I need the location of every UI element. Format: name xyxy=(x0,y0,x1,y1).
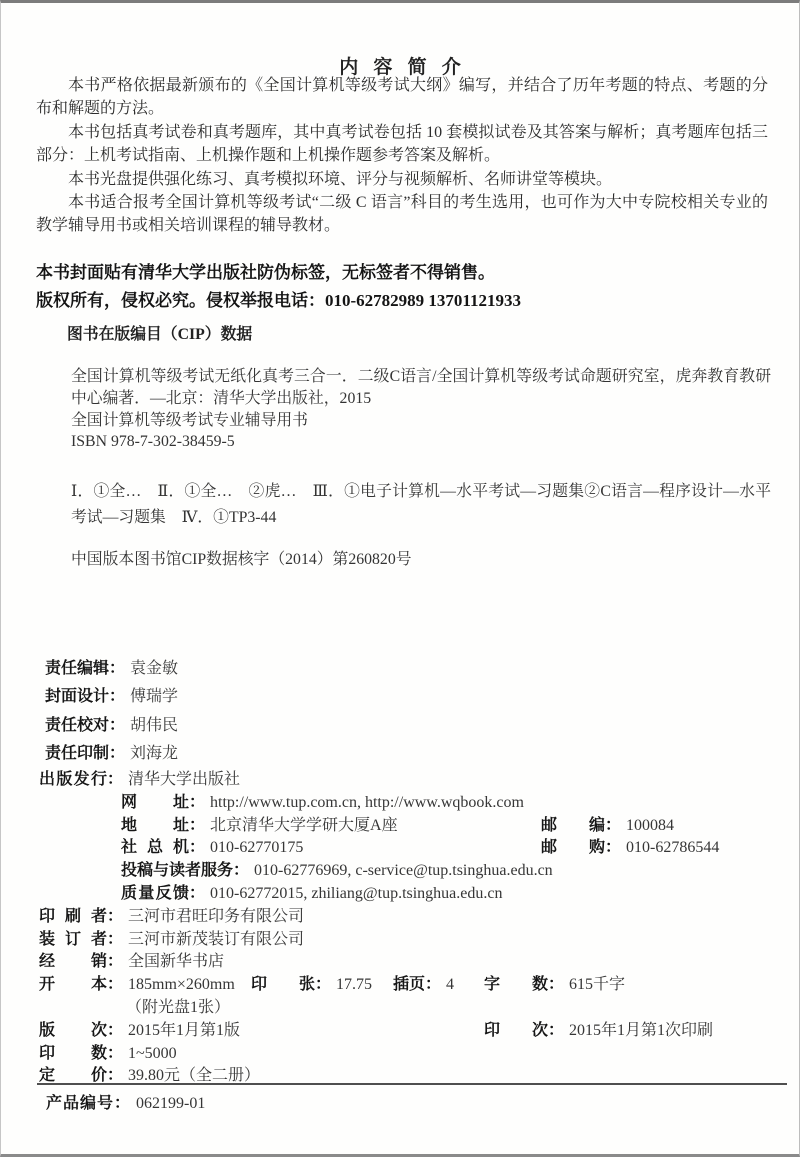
distributor-value: 全国新华书店 xyxy=(128,953,224,970)
cip-classification: Ⅰ．①全… Ⅱ．①全… ②虎… Ⅲ．①电子计算机—水平考试—习题集②C语言—程序… xyxy=(71,479,771,531)
credit-label: 责任校对： xyxy=(45,717,125,734)
quality-feedback-label: 质量反馈 xyxy=(121,883,189,906)
cip-isbn: ISBN 978-7-302-38459-5 xyxy=(71,431,771,453)
format-label: 开本 xyxy=(39,974,107,997)
distributor-label: 经销 xyxy=(39,951,107,974)
cip-heading: 图书在版编目（CIP）数据 xyxy=(67,321,252,344)
printer-value: 三河市君旺印务有限公司 xyxy=(128,908,304,925)
price-value: 39.80元（全二册） xyxy=(128,1067,260,1084)
publisher-row: 出版发行：清华大学出版社 xyxy=(39,769,784,792)
website-row: 网址：http://www.tup.com.cn, http://www.wqb… xyxy=(39,792,784,815)
staff-credits: 责任编辑：袁金敏 封面设计：傅瑞学 责任校对：胡伟民 责任印制：刘海龙 xyxy=(45,655,178,769)
switchboard-value: 010-62770175 xyxy=(210,839,303,856)
content-summary-section: 本书严格依据最新颁布的《全国计算机等级考试大纲》编写，并结合了历年考题的特点、考… xyxy=(36,74,768,238)
impression-cell: 印次：2015年1月第1次印刷 xyxy=(484,1020,713,1043)
reader-service-row: 投稿与读者服务：010-62776969, c-service@tup.tsin… xyxy=(39,860,784,883)
credit-row: 责任印制：刘海龙 xyxy=(45,740,178,768)
print-run-value: 1~5000 xyxy=(128,1045,177,1062)
credit-label: 责任编辑： xyxy=(45,660,125,677)
credit-value: 袁金敏 xyxy=(130,660,178,677)
sheets-value: 17.75 xyxy=(336,976,372,993)
quality-feedback-value: 010-62772015, zhiliang@tup.tsinghua.edu.… xyxy=(210,885,502,902)
distributor-row: 经销：全国新华书店 xyxy=(39,951,784,974)
anti-piracy-notice: 本书封面贴有清华大学出版社防伪标签，无标签者不得销售。 版权所有，侵权必究。侵权… xyxy=(36,259,521,314)
credit-value: 刘海龙 xyxy=(130,745,178,762)
binder-row: 装订者：三河市新茂装订有限公司 xyxy=(39,929,784,952)
product-number-value: 062199-01 xyxy=(136,1095,205,1112)
edition-value: 2015年1月第1版 xyxy=(128,1022,240,1039)
intro-paragraph: 本书包括真考试卷和真考题库，其中真考试卷包括 10 套模拟试卷及其答案与解析；真… xyxy=(36,121,768,168)
reader-service-value: 010-62776969, c-service@tup.tsinghua.edu… xyxy=(254,862,553,879)
inserts-value: 4 xyxy=(446,976,454,993)
print-run-row: 印数：1~5000 xyxy=(39,1043,784,1066)
credit-row: 责任编辑：袁金敏 xyxy=(45,655,178,683)
zip-label: 邮编 xyxy=(541,815,605,838)
mail-order-label: 邮购 xyxy=(541,837,605,860)
binder-value: 三河市新茂装订有限公司 xyxy=(128,931,304,948)
credit-label: 责任印制： xyxy=(45,745,125,762)
address-row: 地址：北京清华大学学研大厦A座 邮编：100084 xyxy=(39,815,784,838)
credit-row: 封面设计：傅瑞学 xyxy=(45,683,178,711)
edition-label: 版次 xyxy=(39,1020,107,1043)
impression-label: 印次 xyxy=(484,1020,548,1043)
copyright-page: 内容简介 本书严格依据最新颁布的《全国计算机等级考试大纲》编写，并结合了历年考题… xyxy=(0,0,800,1157)
website-label: 网址 xyxy=(121,792,189,815)
format-row: 开本：185mm×260mm 印张：17.75 插页：4 字数：615千字 xyxy=(39,974,784,997)
mail-order-value: 010-62786544 xyxy=(626,839,719,856)
mail-order-cell: 邮购：010-62786544 xyxy=(541,837,719,860)
address-label: 地址 xyxy=(121,815,189,838)
switchboard-label: 社总机 xyxy=(121,837,189,860)
address-value: 北京清华大学学研大厦A座 xyxy=(210,817,398,834)
quality-feedback-row: 质量反馈：010-62772015, zhiliang@tup.tsinghua… xyxy=(39,883,784,906)
word-count-cell: 字数：615千字 xyxy=(484,974,625,997)
website-value: http://www.tup.com.cn, http://www.wqbook… xyxy=(210,794,524,811)
cip-entry: 全国计算机等级考试无纸化真考三合一．二级C语言/全国计算机等级考试命题研究室，虎… xyxy=(71,366,771,410)
product-number-row: 产品编号：062199-01 xyxy=(46,1090,205,1113)
inserts-cell: 插页：4 xyxy=(393,974,454,997)
publisher-label: 出版发行 xyxy=(39,769,107,792)
sheets-label: 印张 xyxy=(251,974,315,997)
word-count-label: 字数 xyxy=(484,974,548,997)
zip-value: 100084 xyxy=(626,817,674,834)
inserts-label: 插页： xyxy=(393,976,441,993)
cip-entry-block: 全国计算机等级考试无纸化真考三合一．二级C语言/全国计算机等级考试命题研究室，虎… xyxy=(71,366,771,453)
zip-cell: 邮编：100084 xyxy=(541,815,674,838)
edition-row: 版次：2015年1月第1版 印次：2015年1月第1次印刷 xyxy=(39,1020,784,1043)
cip-record-number: 中国版本图书馆CIP数据核字（2014）第260820号 xyxy=(71,546,412,569)
cip-series-title: 全国计算机等级考试专业辅导用书 xyxy=(71,410,771,432)
credit-value: 傅瑞学 xyxy=(130,688,178,705)
binder-label: 装订者 xyxy=(39,929,107,952)
impression-value: 2015年1月第1次印刷 xyxy=(569,1022,713,1039)
publisher-value: 清华大学出版社 xyxy=(128,771,240,788)
cd-note: （附光盘1张） xyxy=(126,999,230,1016)
format-note-row: （附光盘1张） xyxy=(39,997,784,1020)
separator-rule xyxy=(37,1083,787,1085)
credit-value: 胡伟民 xyxy=(130,717,178,734)
sheets-cell: 印张：17.75 xyxy=(251,974,372,997)
reader-service-label: 投稿与读者服务： xyxy=(121,862,249,879)
print-run-label: 印数 xyxy=(39,1043,107,1066)
intro-paragraph: 本书适合报考全国计算机等级考试“二级 C 语言”科目的考生选用，也可作为大中专院… xyxy=(36,191,768,238)
printer-row: 印刷者：三河市君旺印务有限公司 xyxy=(39,906,784,929)
word-count-value: 615千字 xyxy=(569,976,625,993)
intro-paragraph: 本书光盘提供强化练习、真考模拟环境、评分与视频解析、名师讲堂等模块。 xyxy=(36,168,768,191)
format-value: 185mm×260mm xyxy=(128,976,235,993)
publication-info: 出版发行：清华大学出版社 网址：http://www.tup.com.cn, h… xyxy=(39,769,784,1088)
product-number-label: 产品编号： xyxy=(46,1095,131,1112)
anti-piracy-notice-line: 本书封面贴有清华大学出版社防伪标签，无标签者不得销售。 xyxy=(36,259,521,287)
intro-paragraph: 本书严格依据最新颁布的《全国计算机等级考试大纲》编写，并结合了历年考题的特点、考… xyxy=(36,74,768,121)
printer-label: 印刷者 xyxy=(39,906,107,929)
credit-label: 封面设计： xyxy=(45,688,125,705)
copyright-hotline-line: 版权所有，侵权必究。侵权举报电话：010-62782989 1370112193… xyxy=(36,287,521,315)
switchboard-row: 社总机：010-62770175 邮购：010-62786544 xyxy=(39,837,784,860)
credit-row: 责任校对：胡伟民 xyxy=(45,712,178,740)
